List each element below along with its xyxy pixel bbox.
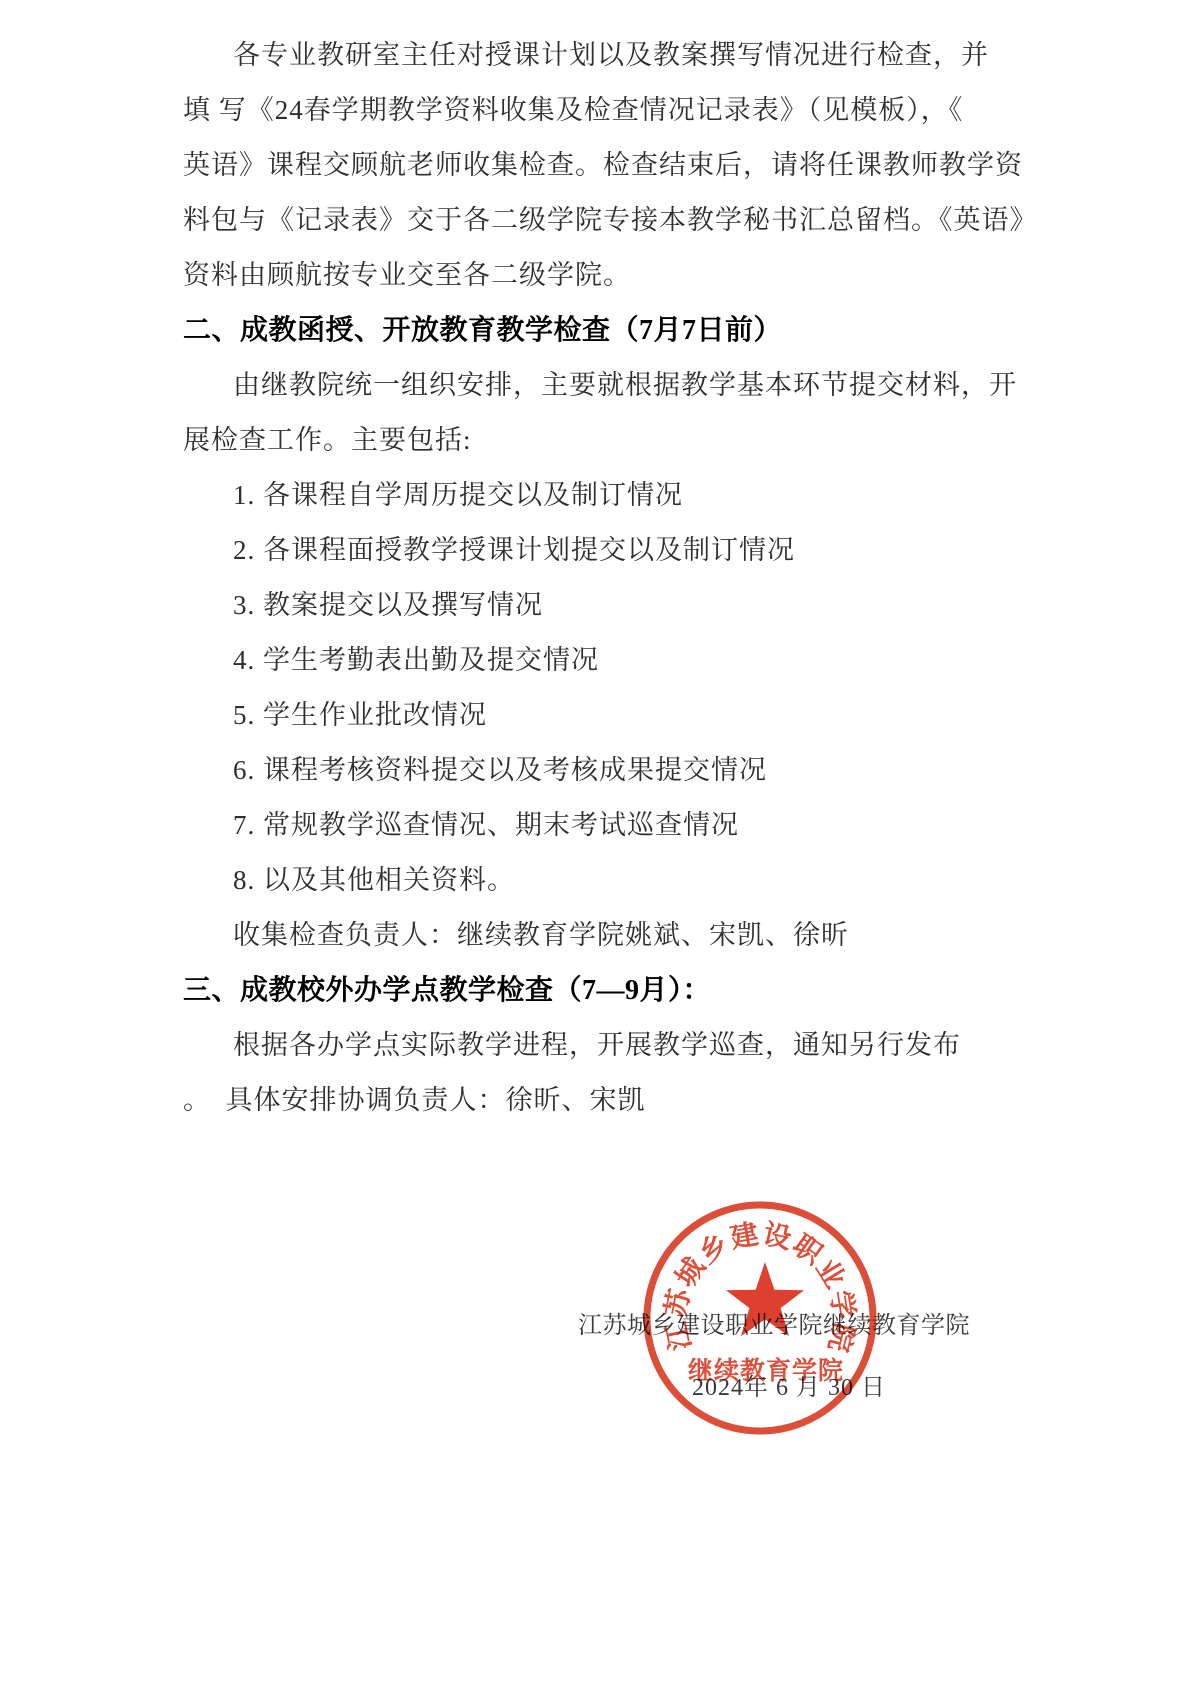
document-body: 各专业教研室主任对授课计划以及教案撰写情况进行检查，并 填 写《24春学期教学资… — [183, 28, 1013, 1128]
paragraph3-line: 根据各办学点实际教学进程，开展教学巡查，通知另行发布 — [183, 1018, 1013, 1073]
numbered-item: 3. 教案提交以及撰写情况 — [183, 578, 1013, 633]
numbered-item: 2. 各课程面授教学授课计划提交以及制订情况 — [183, 523, 1013, 578]
paragraph2-line: 展检查工作。主要包括: — [183, 413, 1013, 468]
numbered-item: 6. 课程考核资料提交以及考核成果提交情况 — [183, 743, 1013, 798]
paragraph1-line: 填 写《24春学期教学资料收集及检查情况记录表》（见模板），《 — [183, 83, 1013, 138]
numbered-item: 1. 各课程自学周历提交以及制订情况 — [183, 468, 1013, 523]
paragraph3-line: 。 具体安排协调负责人：徐昕、宋凯 — [183, 1073, 1013, 1128]
section3-heading: 三、成教校外办学点教学检查（7—9月）： — [183, 963, 1013, 1018]
signature-organization: 江苏城乡建设职业学院继续教育学院 — [578, 1309, 970, 1343]
paragraph1-line: 各专业教研室主任对授课计划以及教案撰写情况进行检查，并 — [183, 28, 1013, 83]
responsible-line: 收集检查负责人：继续教育学院姚斌、宋凯、徐昕 — [183, 908, 1013, 963]
paragraph2-line: 由继教院统一组织安排，主要就根据教学基本环节提交材料，开 — [183, 358, 1013, 413]
numbered-item: 7. 常规教学巡查情况、期末考试巡查情况 — [183, 798, 1013, 853]
signature-date: 2024年 6 月 30 日 — [692, 1372, 886, 1404]
numbered-item: 4. 学生考勤表出勤及提交情况 — [183, 633, 1013, 688]
numbered-item: 8. 以及其他相关资料。 — [183, 853, 1013, 908]
paragraph1-line: 英语》课程交顾航老师收集检查。检查结束后，请将任课教师教学资 — [183, 138, 1013, 193]
numbered-item: 5. 学生作业批改情况 — [183, 688, 1013, 743]
paragraph1-line: 资料由顾航按专业交至各二级学院。 — [183, 248, 1013, 303]
section2-heading: 二、成教函授、开放教育教学检查（7月7日前） — [183, 303, 1013, 358]
document-page: 各专业教研室主任对授课计划以及教案撰写情况进行检查，并 填 写《24春学期教学资… — [0, 0, 1191, 1684]
paragraph1-line: 料包与《记录表》交于各二级学院专接本教学秘书汇总留档。《英语》 — [183, 193, 1013, 248]
